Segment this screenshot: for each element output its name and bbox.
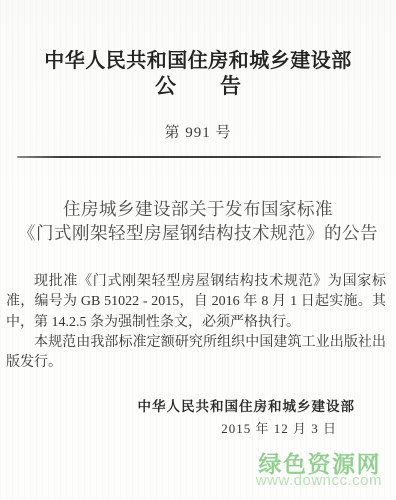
- notice-title-line1: 住房城乡建设部关于发布国家标准: [0, 197, 396, 221]
- notice-title-line2: 《门式刚架轻型房屋钢结构技术规范》的公告: [0, 221, 396, 245]
- notice-paragraph-2: 本规范由我部标准定额研究所组织中国建筑工业出版社出版发行。: [6, 333, 386, 374]
- notice-paragraph-1: 现批准《门式刚架轻型房屋钢结构技术规范》为国家标准，编号为 GB 51022 -…: [6, 272, 386, 333]
- notice-body: 现批准《门式刚架轻型房屋钢结构技术规范》为国家标准，编号为 GB 51022 -…: [6, 272, 386, 373]
- signature-date: 2015 年 12 月 3 日: [0, 418, 396, 437]
- announcement-char-1: 公: [155, 70, 176, 100]
- announcement-char-2: 告: [220, 70, 241, 100]
- document-page: 中华人民共和国住房和城乡建设部 公 告 第 991 号 住房城乡建设部关于发布国…: [0, 0, 396, 500]
- document-number: 第 991 号: [0, 121, 396, 142]
- horizontal-divider: [17, 156, 381, 158]
- announcement-heading: 公 告: [0, 70, 396, 100]
- notice-title: 住房城乡建设部关于发布国家标准 《门式刚架轻型房屋钢结构技术规范》的公告: [0, 197, 396, 245]
- ministry-title: 中华人民共和国住房和城乡建设部: [0, 44, 396, 73]
- signature-issuer: 中华人民共和国住房和城乡建设部: [0, 395, 396, 415]
- watermark-site-url: www.downcc.com: [256, 472, 382, 489]
